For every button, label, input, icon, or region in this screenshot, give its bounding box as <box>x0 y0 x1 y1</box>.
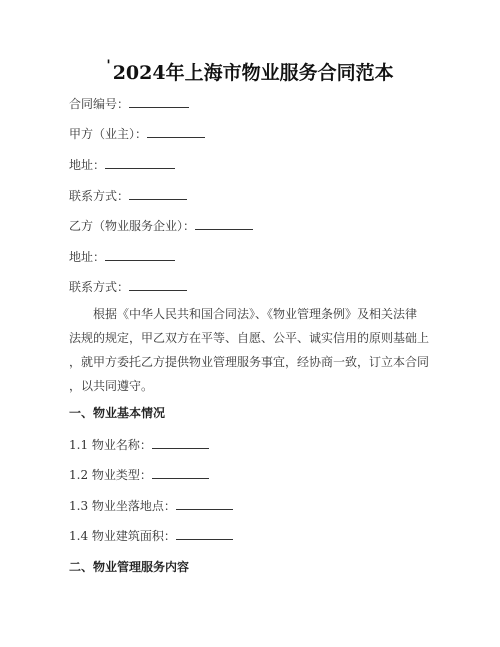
blank-line <box>147 126 205 138</box>
party-b-contact-field: 联系方式： <box>69 278 187 295</box>
property-location-field: 1.3 物业坐落地点： <box>69 497 233 514</box>
field-label: 1.4 物业建筑面积： <box>69 529 176 543</box>
property-type-field: 1.2 物业类型： <box>69 466 209 483</box>
blank-line <box>195 218 253 230</box>
field-label: 1.2 物业类型： <box>69 468 152 482</box>
property-area-field: 1.4 物业建筑面积： <box>69 527 233 544</box>
blank-line <box>129 96 189 108</box>
paragraph-line: ，以共同遵守。 <box>69 374 439 398</box>
blank-line <box>129 188 187 200</box>
field-label: 联系方式： <box>69 189 129 203</box>
blank-line <box>105 249 175 261</box>
party-a-address-field: 地址： <box>69 156 175 173</box>
section-heading: 一、物业基本情况 <box>69 404 165 421</box>
field-label: 乙方（物业服务企业）： <box>69 219 195 233</box>
section-heading: 二、物业管理服务内容 <box>69 558 189 575</box>
field-label: 1.3 物业坐落地点： <box>69 499 176 513</box>
field-label: 1.1 物业名称： <box>69 438 152 452</box>
title-mark: ' <box>106 58 110 74</box>
preamble-paragraph: 根据《中华人民共和国合同法》、《物业管理条例》及相关法律 法规的规定，甲乙双方在… <box>69 302 439 398</box>
blank-line <box>152 437 209 449</box>
blank-line <box>129 279 187 291</box>
party-a-contact-field: 联系方式： <box>69 187 187 204</box>
field-label: 合同编号： <box>69 97 129 111</box>
field-label: 联系方式： <box>69 280 129 294</box>
document-title: '2024年上海市物业服务合同范本 <box>0 58 500 85</box>
party-b-address-field: 地址： <box>69 248 175 265</box>
field-label: 地址： <box>69 158 105 172</box>
field-label: 地址： <box>69 250 105 264</box>
paragraph-line: 根据《中华人民共和国合同法》、《物业管理条例》及相关法律 <box>69 302 439 326</box>
blank-line <box>176 498 233 510</box>
party-a-field: 甲方（业主）： <box>69 125 205 142</box>
blank-line <box>152 467 209 479</box>
blank-line <box>105 157 175 169</box>
document-page: '2024年上海市物业服务合同范本 合同编号： 甲方（业主）： 地址： 联系方式… <box>0 0 500 647</box>
field-label: 甲方（业主）： <box>69 127 147 141</box>
contract-number-field: 合同编号： <box>69 95 189 112</box>
title-text: 2024年上海市物业服务合同范本 <box>113 62 394 84</box>
party-b-field: 乙方（物业服务企业）： <box>69 217 253 234</box>
blank-line <box>176 528 233 540</box>
paragraph-line: 法规的规定，甲乙双方在平等、自愿、公平、诚实信用的原则基础上 <box>69 326 439 350</box>
paragraph-line: ，就甲方委托乙方提供物业管理服务事宜，经协商一致，订立本合同 <box>69 350 439 374</box>
property-name-field: 1.1 物业名称： <box>69 436 209 453</box>
